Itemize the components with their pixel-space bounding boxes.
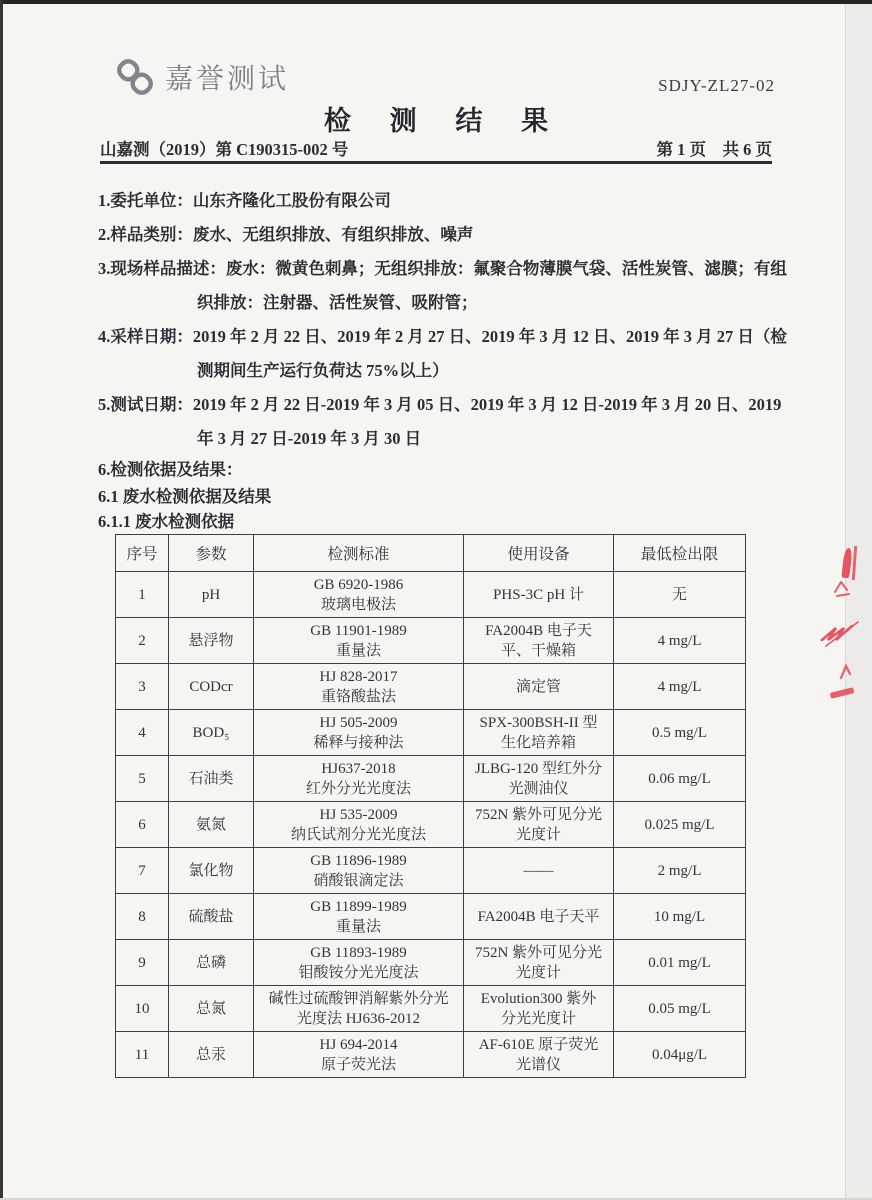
cell-standard: HJ 694-2014原子荧光法 — [254, 1032, 464, 1078]
cell-parameter: 总氮 — [169, 986, 254, 1032]
cell-standard: GB 11899-1989重量法 — [254, 894, 464, 940]
cell-parameter: pH — [169, 572, 254, 618]
table-row: 6 氨氮 HJ 535-2009纳氏试剂分光光度法 752N 紫外可见分光光度计… — [116, 802, 746, 848]
table-row: 2 悬浮物 GB 11901-1989重量法 FA2004B 电子天平、干燥箱 … — [116, 618, 746, 664]
cell-limit: 0.01 mg/L — [614, 940, 746, 986]
cell-limit: 0.04μg/L — [614, 1032, 746, 1078]
cell-device: 752N 紫外可见分光光度计 — [464, 940, 614, 986]
table-row: 9 总磷 GB 11893-1989钼酸铵分光光度法 752N 紫外可见分光光度… — [116, 940, 746, 986]
cell-no: 5 — [116, 756, 169, 802]
section-6-heading: 6.检测依据及结果： — [98, 456, 788, 484]
cell-limit: 0.5 mg/L — [614, 710, 746, 756]
page-indicator: 第 1 页 共 6 页 — [657, 136, 773, 160]
cell-no: 2 — [116, 618, 169, 664]
cell-device: JLBG-120 型红外分光测油仪 — [464, 756, 614, 802]
cell-limit: 0.06 mg/L — [614, 756, 746, 802]
cell-device: —— — [464, 848, 614, 894]
stamp-stroke — [841, 548, 853, 579]
cell-no: 6 — [116, 802, 169, 848]
cell-standard: HJ 828-2017重铬酸盐法 — [254, 664, 464, 710]
table-row: 4 BOD₅ HJ 505-2009稀释与接种法 SPX-300BSH-II 型… — [116, 710, 746, 756]
item-sample-description-line2: 织排放：注射器、活性炭管、吸附管； — [98, 286, 788, 320]
cell-device: PHS-3C pH 计 — [464, 572, 614, 618]
item-sample-description-line1: 3.现场样品描述：废水：微黄色刺鼻；无组织排放：氟聚合物薄膜气袋、活性炭管、滤膜… — [98, 252, 788, 286]
table-row: 3 CODcr HJ 828-2017重铬酸盐法 滴定管 4 mg/L — [116, 664, 746, 710]
cell-parameter: BOD₅ — [169, 710, 254, 756]
item-sample-category: 2.样品类别：废水、无组织排放、有组织排放、噪声 — [98, 218, 788, 252]
cell-parameter: CODcr — [169, 664, 254, 710]
cell-limit: 2 mg/L — [614, 848, 746, 894]
red-stamp-marks — [818, 540, 872, 706]
cell-device: FA2004B 电子天平、干燥箱 — [464, 618, 614, 664]
cell-device: AF-610E 原子荧光光谱仪 — [464, 1032, 614, 1078]
item-testing-date-line1: 5.测试日期：2019 年 2 月 22 日-2019 年 3 月 05 日、2… — [98, 388, 788, 422]
cell-limit: 0.025 mg/L — [614, 802, 746, 848]
cell-no: 9 — [116, 940, 169, 986]
cell-no: 1 — [116, 572, 169, 618]
cell-limit: 无 — [614, 572, 746, 618]
cell-device: SPX-300BSH-II 型生化培养箱 — [464, 710, 614, 756]
item-entrusting-unit: 1.委托单位：山东齐隆化工股份有限公司 — [98, 184, 788, 218]
table-row: 7 氯化物 GB 11896-1989硝酸银滴定法 —— 2 mg/L — [116, 848, 746, 894]
cell-parameter: 氯化物 — [169, 848, 254, 894]
cell-standard: HJ 505-2009稀释与接种法 — [254, 710, 464, 756]
header-no: 序号 — [116, 535, 169, 572]
cell-standard: HJ 535-2009纳氏试剂分光光度法 — [254, 802, 464, 848]
header-standard: 检测标准 — [254, 535, 464, 572]
cell-no: 4 — [116, 710, 169, 756]
table-row: 10 总氮 碱性过硫酸钾消解紫外分光光度法 HJ636-2012 Evoluti… — [116, 986, 746, 1032]
item-testing-date-line2: 年 3 月 27 日-2019 年 3 月 30 日 — [98, 422, 788, 456]
cell-standard: HJ637-2018红外分光光度法 — [254, 756, 464, 802]
cell-parameter: 硫酸盐 — [169, 894, 254, 940]
cell-device: 752N 紫外可见分光光度计 — [464, 802, 614, 848]
report-summary-items: 1.委托单位：山东齐隆化工股份有限公司 2.样品类别：废水、无组织排放、有组织排… — [98, 184, 788, 534]
subheader-row: 山嘉测（2019）第 C190315-002 号 第 1 页 共 6 页 — [100, 136, 772, 160]
report-number: 山嘉测（2019）第 C190315-002 号 — [100, 136, 348, 160]
cell-no: 7 — [116, 848, 169, 894]
header-device: 使用设备 — [464, 535, 614, 572]
cell-standard: GB 11893-1989钼酸铵分光光度法 — [254, 940, 464, 986]
cell-parameter: 石油类 — [169, 756, 254, 802]
cell-no: 3 — [116, 664, 169, 710]
cell-no: 11 — [116, 1032, 169, 1078]
cell-limit: 10 mg/L — [614, 894, 746, 940]
logo-text: 嘉誉测试 — [165, 57, 289, 97]
table-row: 11 总汞 HJ 694-2014原子荧光法 AF-610E 原子荧光光谱仪 0… — [116, 1032, 746, 1078]
stamp-stroke — [852, 546, 857, 580]
cell-device: 滴定管 — [464, 664, 614, 710]
header-parameter: 参数 — [169, 535, 254, 572]
cell-parameter: 氨氮 — [169, 802, 254, 848]
cell-device: Evolution300 紫外分光光度计 — [464, 986, 614, 1032]
scan-edge-top — [0, 0, 872, 4]
item-sampling-date-line1: 4.采样日期：2019 年 2 月 22 日、2019 年 2 月 27 日、2… — [98, 320, 788, 354]
scan-edge-left — [0, 0, 3, 1200]
cell-standard: GB 11901-1989重量法 — [254, 618, 464, 664]
wastewater-basis-table: 序号 参数 检测标准 使用设备 最低检出限 1 pH GB 6920-1986玻… — [115, 534, 746, 1078]
section-6-1-heading: 6.1 废水检测依据及结果 — [98, 484, 788, 509]
header-detection-limit: 最低检出限 — [614, 535, 746, 572]
cell-parameter: 总磷 — [169, 940, 254, 986]
section-6-1-1-heading: 6.1.1 废水检测依据 — [98, 509, 788, 534]
table-row: 1 pH GB 6920-1986玻璃电极法 PHS-3C pH 计 无 — [116, 572, 746, 618]
cell-limit: 0.05 mg/L — [614, 986, 746, 1032]
cell-no: 10 — [116, 986, 169, 1032]
cell-standard: GB 6920-1986玻璃电极法 — [254, 572, 464, 618]
cell-standard: GB 11896-1989硝酸银滴定法 — [254, 848, 464, 894]
cell-parameter: 总汞 — [169, 1032, 254, 1078]
cell-standard: 碱性过硫酸钾消解紫外分光光度法 HJ636-2012 — [254, 986, 464, 1032]
document-code: SDJY-ZL27-02 — [658, 76, 775, 96]
company-logo: 嘉誉测试 — [112, 54, 289, 100]
cell-no: 8 — [116, 894, 169, 940]
header-rule — [100, 161, 772, 164]
cell-device: FA2004B 电子天平 — [464, 894, 614, 940]
logo-knot-icon — [112, 54, 158, 100]
cell-limit: 4 mg/L — [614, 618, 746, 664]
cell-limit: 4 mg/L — [614, 664, 746, 710]
page-title: 检 测 结 果 — [100, 99, 772, 138]
stamp-stroke — [830, 687, 855, 698]
table-row: 5 石油类 HJ637-2018红外分光光度法 JLBG-120 型红外分光测油… — [116, 756, 746, 802]
item-sampling-date-line2: 测期间生产运行负荷达 75%以上） — [98, 354, 788, 388]
cell-parameter: 悬浮物 — [169, 618, 254, 664]
scanned-report-page: 嘉誉测试 SDJY-ZL27-02 检 测 结 果 山嘉测（2019）第 C19… — [0, 0, 872, 1200]
table-header-row: 序号 参数 检测标准 使用设备 最低检出限 — [116, 535, 746, 572]
table-row: 8 硫酸盐 GB 11899-1989重量法 FA2004B 电子天平 10 m… — [116, 894, 746, 940]
